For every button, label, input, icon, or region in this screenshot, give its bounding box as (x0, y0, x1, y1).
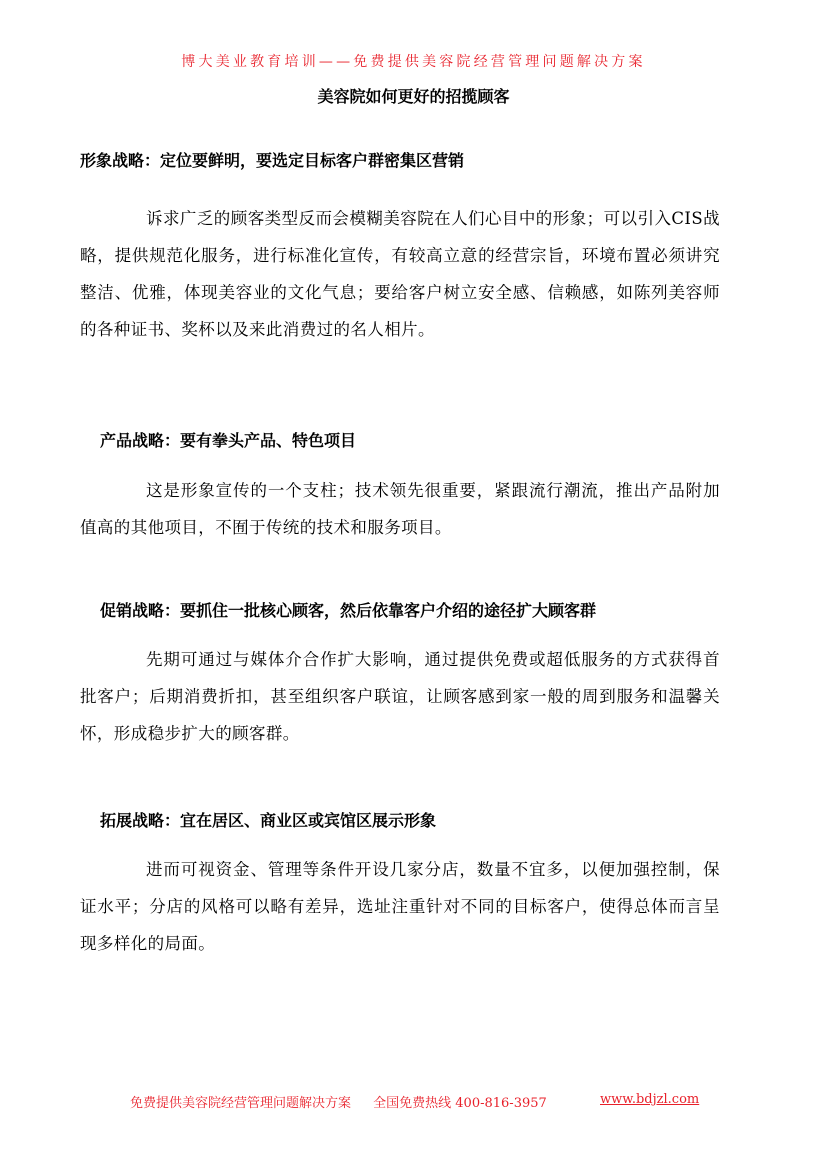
section-body-promotion-strategy: 先期可通过与媒体介合作扩大影响，通过提供免费或超低服务的方式获得首批客户；后期消… (80, 641, 720, 752)
section-body-image-strategy: 诉求广乏的顾客类型反而会模糊美容院在人们心目中的形象；可以引入CIS战略，提供规… (80, 200, 720, 348)
section-heading-product-strategy: 产品战略：要有拳头产品、特色项目 (100, 428, 356, 451)
section-heading-promotion-strategy: 促销战略：要抓住一批核心顾客，然后依靠客户介绍的途径扩大顾客群 (100, 598, 596, 621)
footer-slogan: 免费提供美容院经营管理问题解决方案 (130, 1092, 351, 1111)
footer-hotline: 全国免费热线 400-816-3957 (373, 1092, 547, 1111)
footer-website-link[interactable]: www.bdjzl.com (600, 1092, 699, 1107)
section-heading-image-strategy: 形象战略：定位要鲜明，要选定目标客户群密集区营销 (80, 148, 464, 171)
section-body-expansion-strategy: 进而可视资金、管理等条件开设几家分店，数量不宜多，以便加强控制，保证水平；分店的… (80, 851, 720, 962)
document-title: 美容院如何更好的招揽顾客 (0, 84, 827, 107)
header-banner: 博大美业教育培训——免费提供美容院经营管理问题解决方案 (0, 51, 827, 71)
section-body-product-strategy: 这是形象宣传的一个支柱；技术领先很重要，紧跟流行潮流，推出产品附加值高的其他项目… (80, 472, 720, 546)
section-heading-expansion-strategy: 拓展战略：宜在居区、商业区或宾馆区展示形象 (100, 808, 436, 831)
footer: 免费提供美容院经营管理问题解决方案 全国免费热线 400-816-3957 ww… (130, 1092, 547, 1111)
